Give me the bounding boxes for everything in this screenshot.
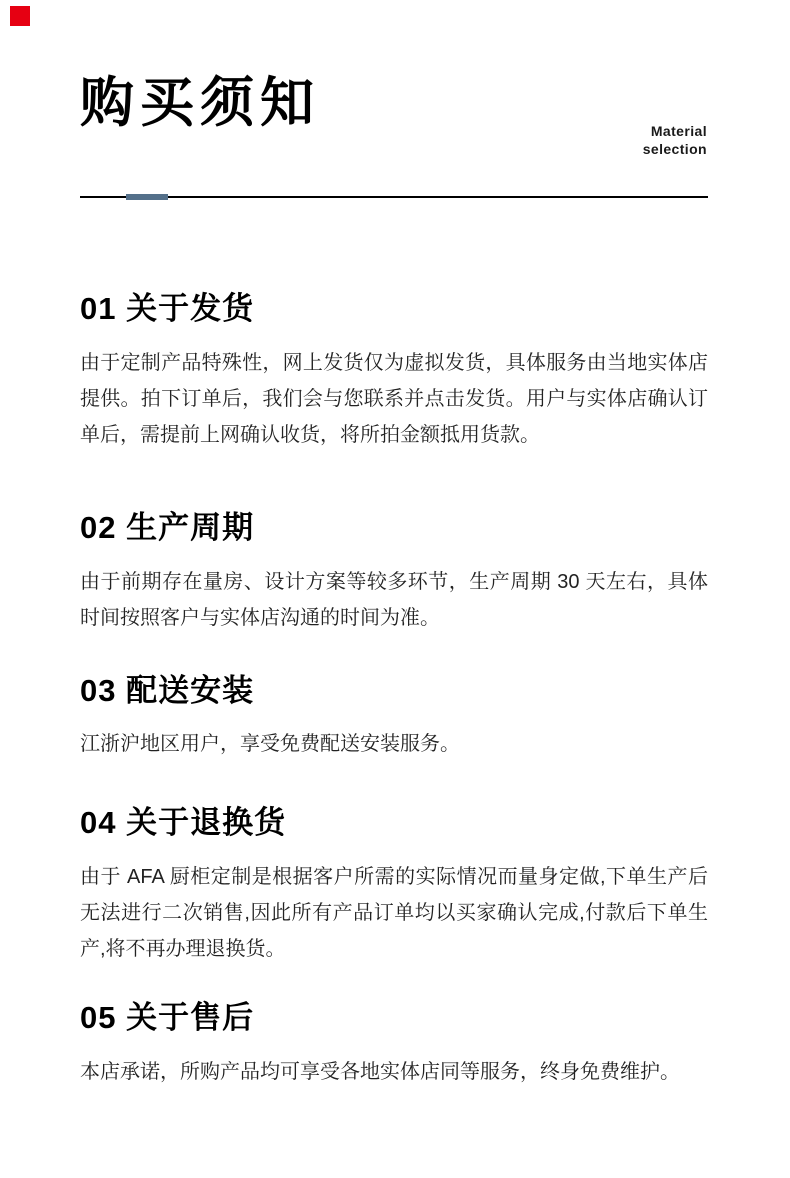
page-title: 购买须知	[80, 72, 708, 134]
section-heading: 01 关于发货	[80, 290, 708, 329]
section-heading: 05 关于售后	[80, 999, 708, 1038]
section-01-shipping: 01 关于发货 由于定制产品特殊性，网上发货仅为虚拟发货，具体服务由当地实体店提…	[80, 290, 708, 453]
purchase-notes-page: 购买须知 Material selection 01 关于发货 由于定制产品特殊…	[0, 0, 790, 1178]
subtitle-line-1: Material	[643, 122, 707, 140]
divider-line	[80, 196, 708, 198]
red-square-mark	[10, 6, 30, 26]
subtitle-material-selection: Material selection	[643, 122, 707, 158]
section-body: 江浙沪地区用户，享受免费配送安装服务。	[80, 726, 708, 762]
section-body: 由于 AFA 厨柜定制是根据客户所需的实际情况而量身定做,下单生产后无法进行二次…	[80, 859, 708, 967]
section-heading: 04 关于退换货	[80, 804, 708, 843]
section-02-production-cycle: 02 生产周期 由于前期存在量房、设计方案等较多环节，生产周期 30 天左右，具…	[80, 509, 708, 636]
divider-accent-segment	[126, 194, 168, 200]
section-heading: 03 配送安装	[80, 672, 708, 711]
section-body: 由于前期存在量房、设计方案等较多环节，生产周期 30 天左右，具体时间按照客户与…	[80, 564, 708, 636]
section-04-returns: 04 关于退换货 由于 AFA 厨柜定制是根据客户所需的实际情况而量身定做,下单…	[80, 804, 708, 967]
page-header: 购买须知 Material selection	[80, 72, 708, 134]
section-05-after-sales: 05 关于售后 本店承诺，所购产品均可享受各地实体店同等服务，终身免费维护。	[80, 999, 708, 1090]
section-body: 本店承诺，所购产品均可享受各地实体店同等服务，终身免费维护。	[80, 1054, 708, 1090]
section-heading: 02 生产周期	[80, 509, 708, 548]
section-03-delivery-installation: 03 配送安装 江浙沪地区用户，享受免费配送安装服务。	[80, 672, 708, 763]
section-body: 由于定制产品特殊性，网上发货仅为虚拟发货，具体服务由当地实体店提供。拍下订单后，…	[80, 345, 708, 453]
subtitle-line-2: selection	[643, 140, 707, 158]
